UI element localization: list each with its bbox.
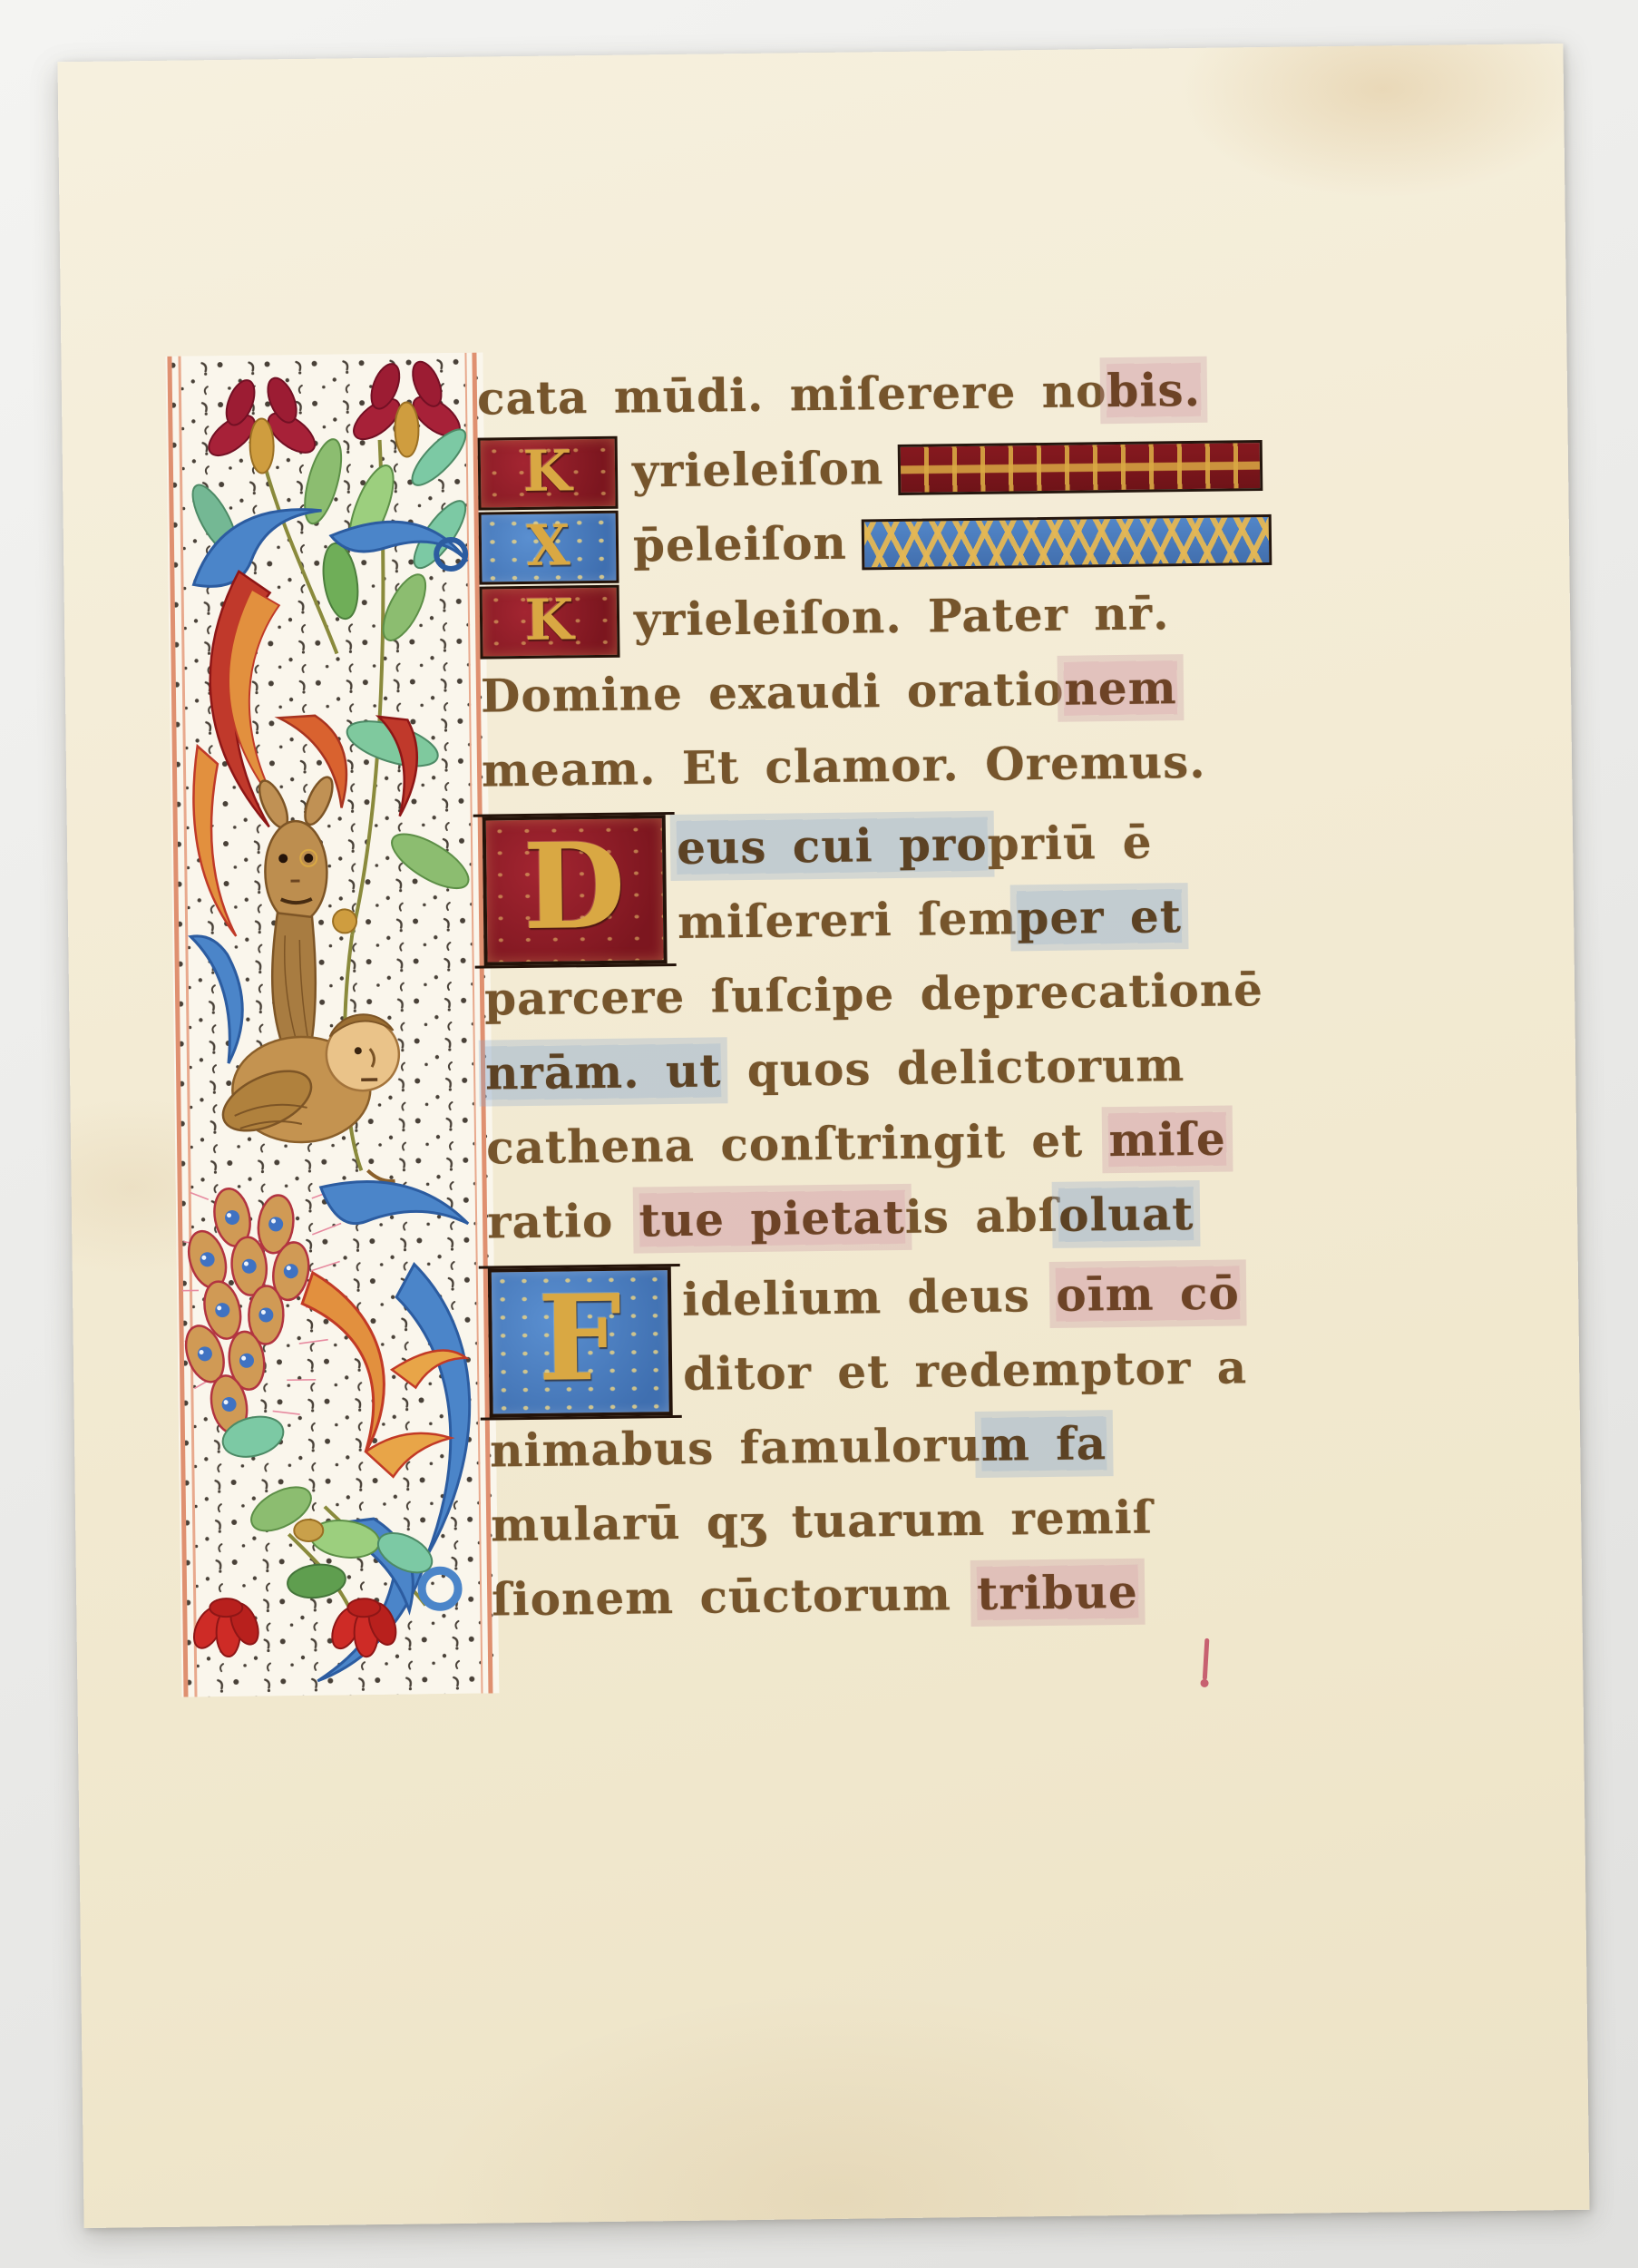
text-segment: cathena conſtringit et bbox=[486, 1113, 1109, 1174]
text-segment: ſionem cūctorum bbox=[492, 1567, 978, 1627]
illuminated-initial-K: K bbox=[478, 436, 619, 511]
text-line: cata mūdi. miſerere nobis. bbox=[477, 351, 1334, 436]
photo-background: cata mūdi. miſerere nobis.KyrieleiſonXp̄… bbox=[0, 0, 1638, 2268]
initial-letter: F bbox=[537, 1268, 623, 1408]
manuscript-leaf: cata mūdi. miſerere nobis.KyrieleiſonXp̄… bbox=[57, 44, 1589, 2228]
text-block: cata mūdi. miſerere nobis.KyrieleiſonXp̄… bbox=[477, 351, 1349, 1637]
text-segment: yrieleiſon bbox=[632, 441, 884, 497]
text-segment-offset-stain: oīm cō bbox=[1056, 1266, 1240, 1321]
text-segment: quos delictorum bbox=[721, 1038, 1185, 1097]
text-segment-offset-stain: oluat bbox=[1058, 1187, 1194, 1242]
text-segment: miſereri ſem bbox=[678, 891, 1018, 949]
text-segment: is abſ bbox=[904, 1188, 1058, 1244]
text-line: ſionem cūctorum tribue bbox=[492, 1552, 1349, 1637]
text-segment-offset-stain: miſe bbox=[1108, 1112, 1226, 1168]
text-segment: mularū qʒ tuarum remiſ bbox=[491, 1491, 1154, 1552]
text-segment-offset-stain: per et bbox=[1017, 889, 1182, 944]
text-line: meam. Et clamor. Oremus. bbox=[482, 723, 1339, 808]
text-line: idelium deus oīm cō bbox=[682, 1255, 1345, 1337]
text-line: nrām. ut quos delictorum bbox=[485, 1026, 1342, 1111]
text-segment-offset-stain: tue pietat bbox=[639, 1190, 905, 1247]
text-segment: parcere ſuſcipe deprecationē bbox=[484, 963, 1264, 1025]
line-filler-ornament bbox=[898, 440, 1263, 495]
text-line: cathena conſtringit et miſe bbox=[486, 1100, 1343, 1186]
initial-letter: X bbox=[526, 512, 571, 579]
text-segment-offset-stain: tribue bbox=[977, 1565, 1138, 1620]
text-line: ditor et redemptor a bbox=[683, 1329, 1346, 1412]
text-segment: Domine exaudi oratio bbox=[481, 662, 1065, 723]
text-segment: cata mūdi. miſerere no bbox=[477, 364, 1107, 425]
text-segment: p̄eleiſon bbox=[633, 516, 848, 572]
text-segment: idelium deus bbox=[682, 1268, 1057, 1326]
initial-line-group: Deus cui propriū ēmiſereri ſemper et bbox=[483, 803, 1341, 963]
text-segment: yrieleiſon. Pater nr̄. bbox=[634, 586, 1170, 646]
text-segment-offset-stain: nrām. ut bbox=[485, 1043, 722, 1100]
text-line: Kyrieleiſon. Pater nr̄. bbox=[480, 574, 1337, 660]
initial-line-group: Fidelium deus oīm cōditor et redemptor a bbox=[488, 1255, 1346, 1414]
text-segment: priū ē bbox=[987, 816, 1153, 871]
text-line: mularū qʒ tuarum remiſ bbox=[491, 1478, 1348, 1563]
text-segment: meam. Et clamor. Oremus. bbox=[482, 735, 1206, 797]
red-pen-mark bbox=[1203, 1638, 1210, 1680]
initial-letter: D bbox=[522, 816, 628, 956]
initial-letter: K bbox=[524, 586, 575, 653]
illuminated-initial-K: K bbox=[480, 585, 620, 660]
illuminated-border bbox=[165, 353, 499, 1697]
text-segment-offset-stain: nem bbox=[1064, 660, 1177, 716]
text-segment: ratio bbox=[487, 1193, 639, 1248]
text-line: Kyrieleiſon bbox=[478, 425, 1335, 511]
illuminated-initial-D: D bbox=[483, 815, 668, 965]
illuminated-initial-X: X bbox=[479, 511, 619, 585]
text-line: eus cui propriū ē bbox=[677, 803, 1340, 885]
text-line: Domine exaudi orationem bbox=[481, 649, 1338, 734]
text-segment-offset-stain: eus cui pro bbox=[677, 817, 988, 875]
illuminated-initial-F: F bbox=[488, 1266, 673, 1417]
text-line: miſereri ſemper et bbox=[678, 877, 1341, 960]
text-line: Xp̄eleiſon bbox=[479, 500, 1336, 585]
text-segment-offset-stain: bis. bbox=[1107, 363, 1201, 417]
initial-letter: K bbox=[522, 437, 573, 504]
text-segment-offset-stain: m fa bbox=[981, 1416, 1107, 1471]
line-filler-ornament bbox=[861, 514, 1272, 571]
text-segment: ditor et redemptor a bbox=[683, 1340, 1248, 1401]
text-segment: nimabus famuloru bbox=[490, 1418, 981, 1478]
text-line: ratio tue pietatis abſoluat bbox=[487, 1175, 1344, 1260]
